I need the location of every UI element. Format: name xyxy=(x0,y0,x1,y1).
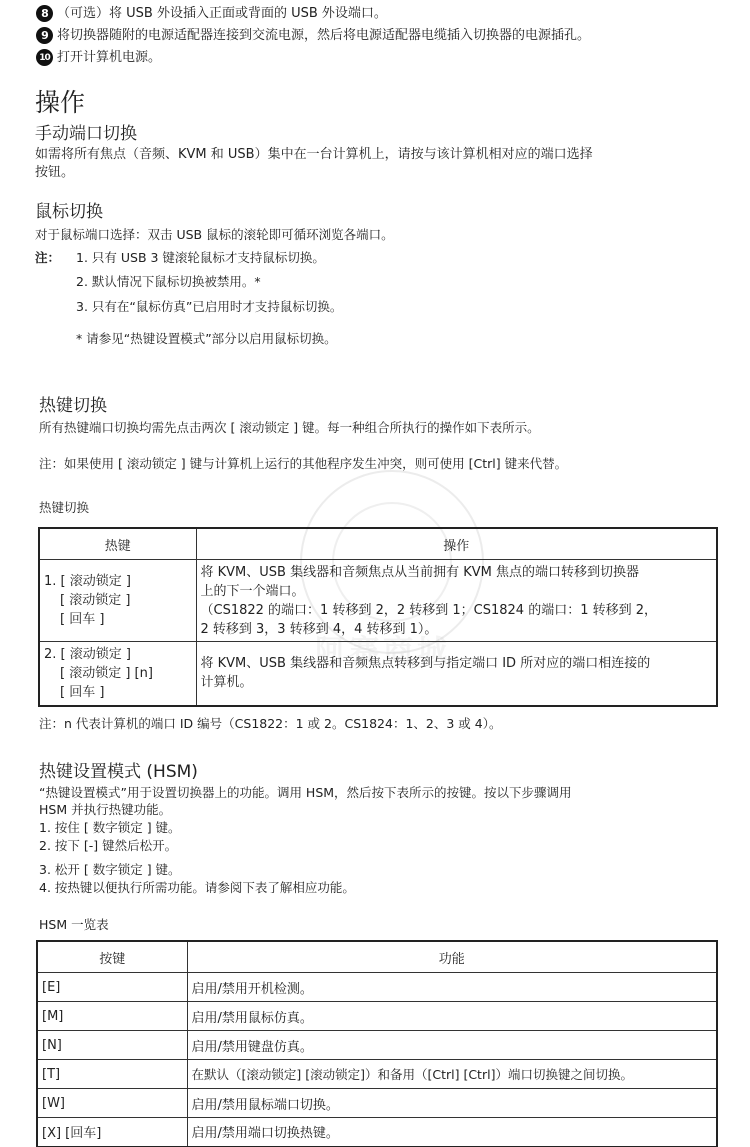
hotkey-line: [ 回车 ] xyxy=(44,683,192,702)
hsm-heading: 热键设置模式 (HSM) xyxy=(39,761,198,783)
step-text: 打开计算机电源。 xyxy=(57,50,161,66)
action-line: 2 转移到 3，3 转移到 4，4 转移到 1）。 xyxy=(201,620,713,639)
action-line: 上的下一个端口。 xyxy=(201,582,713,601)
column-header-key: 按键 xyxy=(37,941,187,973)
hotkey-table: 热键 操作 1. [ 滚动锁定 ] [ 滚动锁定 ] [ 回车 ] 将 KVM、… xyxy=(38,527,718,707)
key-cell: [M] xyxy=(37,1002,187,1031)
hotkey-table-note: 注：n 代表计算机的端口 ID 编号（CS1822：1 或 2。CS1824：1… xyxy=(39,716,501,732)
table-row: [T] 在默认（[滚动锁定] [滚动锁定]）和备用（[Ctrl] [Ctrl]）… xyxy=(37,1060,717,1089)
step-number-badge-icon: 10 xyxy=(36,49,53,66)
column-header-action: 操作 xyxy=(196,528,717,560)
step-text: 将切换器随附的电源适配器连接到交流电源，然后将电源适配器电缆插入切换器的电源插孔… xyxy=(57,28,590,44)
key-cell: [T] xyxy=(37,1060,187,1089)
hsm-text-line1: “热键设置模式”用于设置切换器上的功能。调用 HSM，然后按下表所示的按键。按以… xyxy=(39,785,572,801)
step-item: 8 （可选）将 USB 外设插入正面或背面的 USB 外设端口。 xyxy=(36,5,387,22)
table-header-row: 热键 操作 xyxy=(39,528,717,560)
table-row: 1. [ 滚动锁定 ] [ 滚动锁定 ] [ 回车 ] 将 KVM、USB 集线… xyxy=(39,560,717,642)
step-text: （可选）将 USB 外设插入正面或背面的 USB 外设端口。 xyxy=(57,6,387,22)
hsm-step-2: 2. 按下 [-] 键然后松开。 xyxy=(39,838,177,854)
mouse-note-3: 3. 只有在“鼠标仿真”已启用时才支持鼠标切换。 xyxy=(76,299,342,315)
action-cell: 将 KVM、USB 集线器和音频焦点从当前拥有 KVM 焦点的端口转移到切换器 … xyxy=(196,560,717,642)
key-cell: [X] [回车] xyxy=(37,1118,187,1147)
hotkey-line: 1. [ 滚动锁定 ] xyxy=(44,572,192,591)
column-header-hotkey: 热键 xyxy=(39,528,196,560)
action-line: 计算机。 xyxy=(201,673,713,692)
mouse-note-2: 2. 默认情况下鼠标切换被禁用。* xyxy=(76,274,261,290)
hsm-table-caption: HSM 一览表 xyxy=(39,917,109,933)
hotkey-line: [ 滚动锁定 ] [n] xyxy=(44,664,192,683)
mouse-footnote: * 请参见“热键设置模式”部分以启用鼠标切换。 xyxy=(76,331,337,347)
manual-switching-text-line1: 如需将所有焦点（音频、KVM 和 USB）集中在一台计算机上，请按与该计算机相对… xyxy=(35,146,593,163)
hsm-text-line2: HSM 并执行热键功能。 xyxy=(39,802,171,818)
hsm-step-1: 1. 按住 [ 数字锁定 ] 键。 xyxy=(39,820,181,836)
hotkey-note: 注：如果使用 [ 滚动锁定 ] 键与计算机上运行的其他程序发生冲突，则可使用 [… xyxy=(39,456,567,472)
function-cell: 启用/禁用端口切换热键。 xyxy=(187,1118,717,1147)
manual-page: 阿赛商城 8 （可选）将 USB 外设插入正面或背面的 USB 外设端口。 9 … xyxy=(0,0,750,1147)
section-title: 操作 xyxy=(35,88,85,118)
column-header-function: 功能 xyxy=(187,941,717,973)
hsm-step-4: 4. 按热键以便执行所需功能。请参阅下表了解相应功能。 xyxy=(39,880,355,896)
action-line: （CS1822 的端口：1 转移到 2，2 转移到 1；CS1824 的端口：1… xyxy=(201,601,713,620)
hotkey-line: [ 滚动锁定 ] xyxy=(44,591,192,610)
table-row: [M] 启用/禁用鼠标仿真。 xyxy=(37,1002,717,1031)
table-row: [N] 启用/禁用键盘仿真。 xyxy=(37,1031,717,1060)
hotkey-switching-heading: 热键切换 xyxy=(39,395,107,417)
table-row: [E] 启用/禁用开机检测。 xyxy=(37,973,717,1002)
step-number-badge-icon: 9 xyxy=(36,27,53,44)
note-label: 注： xyxy=(35,250,60,266)
action-cell: 将 KVM、USB 集线器和音频焦点转移到与指定端口 ID 所对应的端口相连接的… xyxy=(196,642,717,706)
hotkey-line: [ 回车 ] xyxy=(44,610,192,629)
mouse-switching-text: 对于鼠标端口选择：双击 USB 鼠标的滚轮即可循环浏览各端口。 xyxy=(35,227,394,243)
function-cell: 启用/禁用开机检测。 xyxy=(187,973,717,1002)
hsm-table: 按键 功能 [E] 启用/禁用开机检测。 [M] 启用/禁用鼠标仿真。 [N] … xyxy=(36,940,718,1147)
key-cell: [E] xyxy=(37,973,187,1002)
mouse-note-1: 1. 只有 USB 3 键滚轮鼠标才支持鼠标切换。 xyxy=(76,250,325,266)
hotkey-switching-text: 所有热键端口切换均需先点击两次 [ 滚动锁定 ] 键。每一种组合所执行的操作如下… xyxy=(39,420,540,436)
hotkey-cell: 2. [ 滚动锁定 ] [ 滚动锁定 ] [n] [ 回车 ] xyxy=(39,642,196,706)
table-header-row: 按键 功能 xyxy=(37,941,717,973)
hotkey-line: 2. [ 滚动锁定 ] xyxy=(44,645,192,664)
action-line: 将 KVM、USB 集线器和音频焦点转移到与指定端口 ID 所对应的端口相连接的 xyxy=(201,654,713,673)
hsm-step-3: 3. 松开 [ 数字锁定 ] 键。 xyxy=(39,862,181,878)
manual-switching-heading: 手动端口切换 xyxy=(35,123,137,145)
mouse-switching-heading: 鼠标切换 xyxy=(35,201,103,223)
step-number-badge-icon: 8 xyxy=(36,5,53,22)
function-cell: 在默认（[滚动锁定] [滚动锁定]）和备用（[Ctrl] [Ctrl]）端口切换… xyxy=(187,1060,717,1089)
function-cell: 启用/禁用键盘仿真。 xyxy=(187,1031,717,1060)
action-line: 将 KVM、USB 集线器和音频焦点从当前拥有 KVM 焦点的端口转移到切换器 xyxy=(201,563,713,582)
step-item: 10 打开计算机电源。 xyxy=(36,49,161,66)
key-cell: [W] xyxy=(37,1089,187,1118)
key-cell: [N] xyxy=(37,1031,187,1060)
step-item: 9 将切换器随附的电源适配器连接到交流电源，然后将电源适配器电缆插入切换器的电源… xyxy=(36,27,590,44)
manual-switching-text-line2: 按钮。 xyxy=(35,164,74,181)
function-cell: 启用/禁用鼠标端口切换。 xyxy=(187,1089,717,1118)
table-row: [W] 启用/禁用鼠标端口切换。 xyxy=(37,1089,717,1118)
table-row: 2. [ 滚动锁定 ] [ 滚动锁定 ] [n] [ 回车 ] 将 KVM、US… xyxy=(39,642,717,706)
function-cell: 启用/禁用鼠标仿真。 xyxy=(187,1002,717,1031)
hotkey-cell: 1. [ 滚动锁定 ] [ 滚动锁定 ] [ 回车 ] xyxy=(39,560,196,642)
table-row: [X] [回车] 启用/禁用端口切换热键。 xyxy=(37,1118,717,1147)
hotkey-table-caption: 热键切换 xyxy=(39,500,89,516)
